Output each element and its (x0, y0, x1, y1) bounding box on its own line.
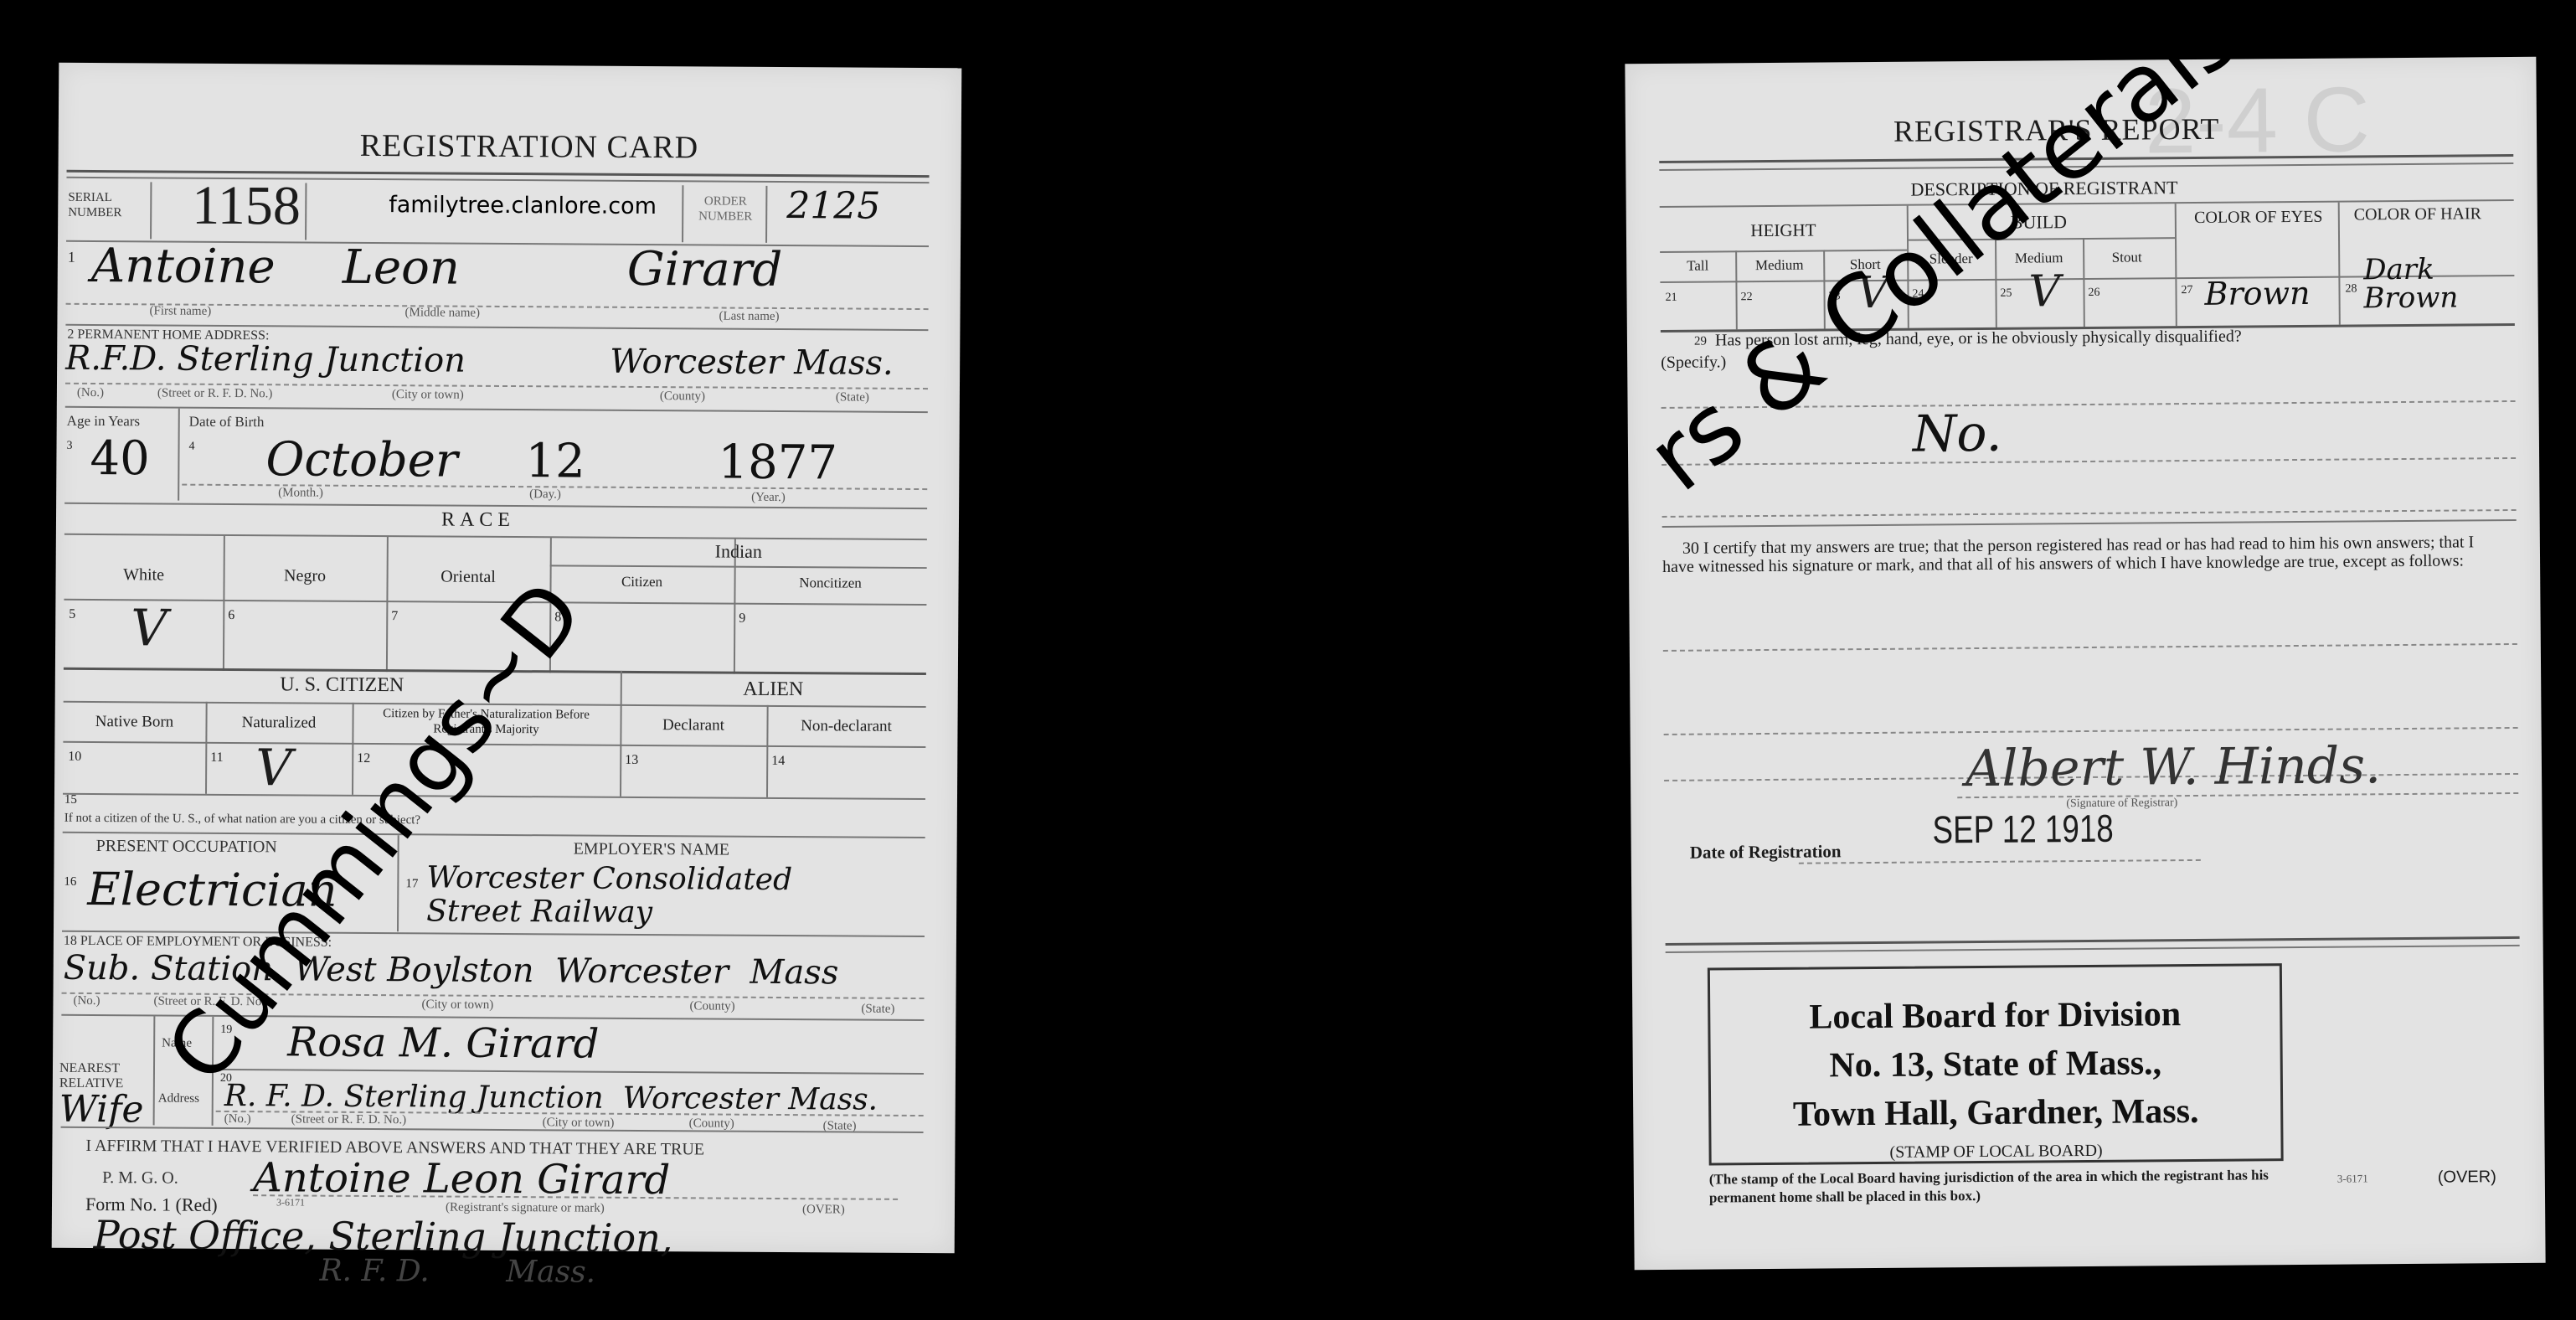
field-number: 25 (2000, 287, 2012, 301)
age-label: Age in Years (67, 413, 140, 431)
divider (682, 185, 683, 242)
sub-label: (State) (861, 1003, 894, 1017)
age-value: 40 (90, 431, 150, 486)
eye-color: Brown (2204, 275, 2310, 312)
citizen-column-header: Non-declarant (766, 717, 925, 736)
sub-label: (County) (689, 1116, 734, 1131)
field-number: 9 (739, 611, 745, 626)
divider (386, 536, 389, 672)
race-column-header: White (64, 565, 224, 585)
divider (65, 406, 928, 413)
divider (765, 186, 767, 243)
indian-column-header: Citizen (549, 573, 734, 590)
stamp-line: Town Hall, Gardner, Mass. (1711, 1086, 2280, 1139)
registration-date-label: Date of Registration (1690, 841, 1842, 863)
field-number: 30 (1682, 539, 1699, 558)
field-number: 26 (2088, 286, 2099, 300)
certification-text: 30 I certify that my answers are true; t… (1662, 533, 2508, 576)
serial-number: 1158 (192, 174, 301, 239)
middle-name: Leon (343, 240, 461, 296)
check-mark: V (131, 599, 167, 657)
build-column-header: Stout (2083, 249, 2171, 266)
over-label: (OVER) (802, 1203, 845, 1217)
local-board-stamp: Local Board for Division No. 13, State o… (1708, 963, 2284, 1165)
certification-body: I certify that my answers are true; that… (1662, 533, 2474, 576)
stamp-line: Local Board for Division (1710, 989, 2280, 1042)
eyes-heading: COLOR OF EYES (2179, 208, 2338, 227)
field-number: 10 (68, 750, 81, 765)
field-number: 22 (1740, 291, 1752, 304)
divider (1663, 643, 2517, 652)
field-number: 1 (68, 249, 75, 266)
race-column-header: Negro (224, 566, 387, 586)
divider (61, 1127, 924, 1133)
divider (1662, 519, 2517, 528)
height-column-header: Tall (1660, 257, 1735, 275)
check-mark: V (255, 739, 292, 797)
divider (1662, 457, 2516, 466)
home-county: Worcester (610, 343, 783, 382)
registrar-report-card: 2-4 C REGISTRAR'S REPORT DESCRIPTION OF … (1625, 57, 2545, 1271)
last-name: Girard (627, 242, 783, 297)
field-number: 4 (188, 441, 194, 454)
sub-label: (Month.) (278, 486, 323, 500)
field-number: 27 (2181, 284, 2192, 297)
stamp-note: (The stamp of the Local Board having jur… (1709, 1166, 2279, 1207)
sub-label: (State) (836, 390, 869, 405)
registration-card: REGISTRATION CARD SERIAL NUMBER 1158 fam… (52, 63, 962, 1254)
home-state: Mass. (794, 343, 894, 383)
stamp-caption: (STAMP OF LOCAL BOARD) (1711, 1140, 2280, 1163)
disqualification-answer: No. (1913, 405, 2002, 464)
field-number: 29 (1694, 335, 1707, 349)
divider (1666, 945, 2520, 953)
last-name-label: (Last name) (719, 310, 779, 324)
over-label: (OVER) (2438, 1168, 2496, 1188)
divider (1662, 509, 2517, 518)
sub-label: (No.) (73, 994, 100, 1008)
field-number: 21 (1665, 291, 1677, 305)
registration-date: SEP 12 1918 (1932, 806, 2114, 853)
field-number: 17 (405, 877, 418, 891)
order-number: 2125 (786, 184, 880, 228)
field-number: 3 (66, 440, 72, 453)
first-name-label: (First name) (149, 304, 211, 318)
pmgo-label: P. M. G. O. (102, 1168, 178, 1189)
sub-label: (City or town) (392, 388, 464, 403)
divider (178, 409, 180, 501)
citizen-column-header: Native Born (63, 713, 205, 732)
citizen-column-header: Declarant (620, 716, 766, 735)
field-number: 15 (64, 793, 77, 807)
sub-label: (Day.) (529, 487, 561, 502)
alien-heading: ALIEN (621, 678, 926, 702)
sub-label: (County) (660, 389, 705, 404)
divider (2338, 203, 2341, 325)
stamp-line: No. 13, State of Mass., (1711, 1038, 2280, 1091)
indian-heading: Indian (550, 539, 927, 564)
form-code: 3-6171 (276, 1196, 305, 1209)
birth-month: October (265, 432, 458, 487)
build-check-mark: V (2028, 266, 2060, 317)
registrar-signature: Albert W. Hinds. (1965, 736, 2382, 798)
employer-line-1: Worcester Consolidated (426, 860, 792, 897)
divider (64, 534, 927, 540)
divider (1664, 727, 2518, 735)
sub-label: (Year.) (751, 491, 786, 505)
relative-relation: Wife (59, 1088, 144, 1132)
occupation-heading: PRESENT OCCUPATION (96, 837, 277, 857)
home-street: R.F.D. Sterling Junction (65, 339, 466, 380)
citizen-table: U. S. CITIZENALIENNative BornNaturalized… (59, 63, 961, 69)
sub-label: (City or town) (543, 1116, 615, 1131)
field-number: 6 (228, 608, 234, 623)
employer-heading: EMPLOYER'S NAME (574, 839, 730, 859)
site-watermark: familytree.clanlore.com (389, 192, 657, 219)
sub-label: (County) (689, 999, 734, 1013)
field-number: 13 (625, 753, 638, 768)
divider (63, 793, 925, 800)
divider (550, 565, 927, 569)
middle-name-label: (Middle name) (404, 306, 480, 321)
citizen-column-header: Naturalized (205, 714, 352, 733)
field-number: 5 (69, 607, 75, 622)
divider (150, 182, 152, 239)
divider (2175, 204, 2177, 326)
birth-year: 1877 (718, 436, 837, 491)
field-number: 28 (2345, 282, 2357, 296)
divider (1799, 859, 2201, 864)
post-office-note-2: R. F. D. Mass. (319, 1254, 595, 1290)
sub-label: (No.) (224, 1112, 251, 1127)
divider (305, 183, 307, 240)
description-table: HEIGHTBUILDCOLOR OF EYESCOLOR OF HAIRTal… (1625, 57, 2536, 64)
height-column-header: Medium (1735, 256, 1823, 274)
hair-color: Dark Brown (2363, 255, 2506, 312)
hair-heading: COLOR OF HAIR (2342, 204, 2493, 224)
order-number-label: ORDER NUMBER (688, 193, 763, 224)
race-heading: RACE (441, 509, 515, 533)
field-number: 7 (391, 609, 398, 624)
sub-label: (Street or R. F. D. No.) (157, 386, 273, 401)
employment-place: Sub. Station West Boylston Worcester Mas… (64, 949, 839, 993)
sub-label: (City or town) (421, 998, 493, 1013)
card-title: REGISTRATION CARD (360, 127, 699, 166)
birth-day: 12 (525, 434, 585, 488)
birth-date-label: Date of Birth (189, 414, 265, 431)
serial-number-label: SERIAL NUMBER (68, 190, 152, 221)
relative-address-label: Address (158, 1091, 199, 1106)
divider (1666, 936, 2520, 946)
indian-column-header: Noncitizen (734, 575, 926, 592)
relative-name: Rosa M. Girard (287, 1018, 599, 1067)
employer-line-2: Street Railway (426, 894, 652, 930)
divider (64, 503, 927, 509)
race-table: WhiteNegroOrientalIndianCitizenNoncitize… (59, 63, 961, 69)
field-number: 14 (771, 754, 785, 769)
divider (223, 535, 225, 671)
field-number: 11 (210, 750, 224, 766)
form-code: 3-6171 (2337, 1172, 2368, 1185)
sub-label: (Street or R. F. D. No.) (291, 1112, 407, 1127)
field-number: 16 (64, 875, 76, 889)
divider (212, 1069, 924, 1075)
sub-label: (No.) (77, 386, 104, 400)
first-name: Antoine (91, 239, 276, 294)
